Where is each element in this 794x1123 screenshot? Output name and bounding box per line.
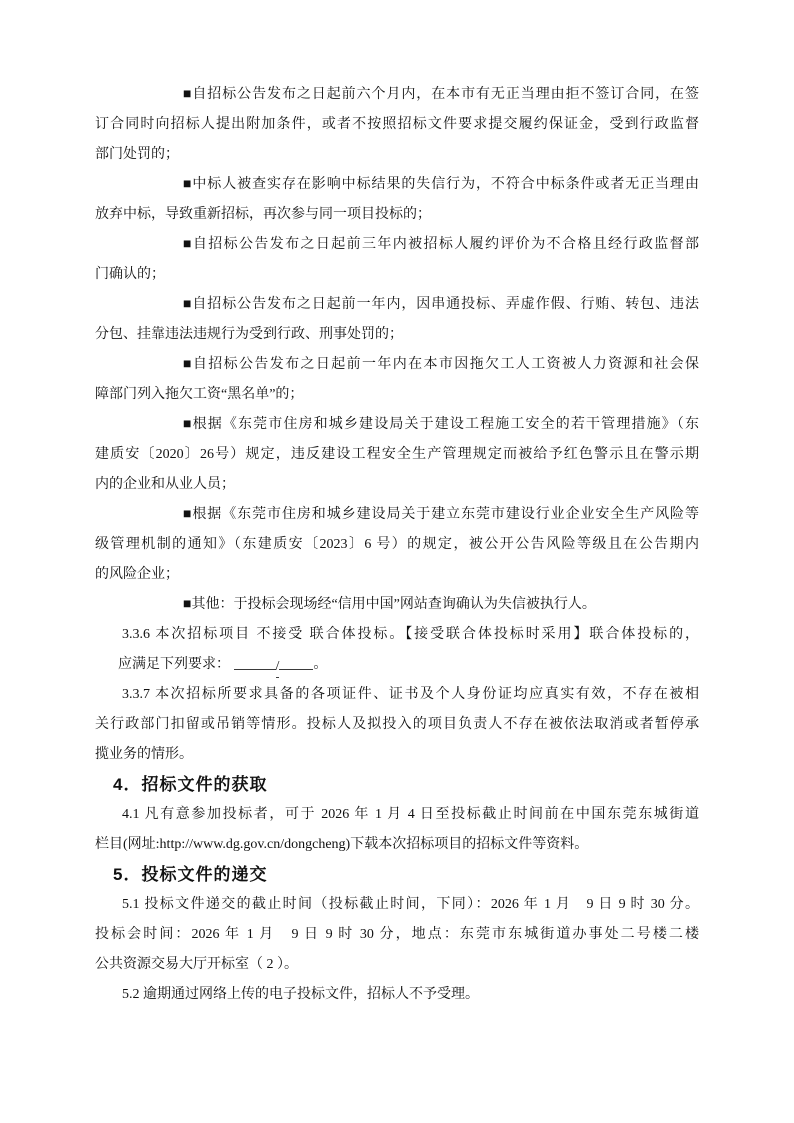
text-line: 级管理机制的通知》（东建质安〔2023〕6 号）的规定，被公开公告风险等级且在公… (95, 530, 699, 560)
text-line: 放弃中标，导致重新招标，再次参与同一项目投标的； (95, 200, 699, 230)
clause-3-3-6-blank-line: 应满足下列要求： /。 (95, 650, 699, 680)
text-line: 揽业务的情形。 (95, 740, 699, 770)
text-line: 门确认的； (95, 260, 699, 290)
text-line: 订合同时向招标人提出附加条件，或者不按照招标文件要求提交履约保证金，受到行政监督 (95, 110, 699, 140)
text-line: 关行政部门扣留或吊销等情形。投标人及拟投入的项目负责人不存在被依法取消或者暂停承 (95, 710, 699, 740)
text-line: 部门处罚的； (95, 140, 699, 170)
bullet-line-collusion-penalty: ■自招标公告发布之日起前一年内，因串通投标、弄虚作假、行贿、转包、违法 (95, 290, 699, 320)
text-line: 障部门列入拖欠工资“黑名单”的； (95, 380, 699, 410)
clause-3-3-6-line: 3.3.6 本次招标项目 不接受 联合体投标。【接受联合体投标时采用】联合体投标… (95, 620, 699, 650)
clause-5-2-line: 5.2 逾期通过网络上传的电子投标文件，招标人不予受理。 (95, 980, 699, 1010)
bullet-line-risk-grade: ■根据《东莞市住房和城乡建设局关于建立东莞市建设行业企业安全生产风险等 (95, 500, 699, 530)
document-page: ■自招标公告发布之日起前六个月内，在本市有无正当理由拒不签订合同，在签 订合同时… (0, 0, 794, 1123)
bullet-line-winner-bad-faith: ■中标人被查实存在影响中标结果的失信行为，不符合中标条件或者无正当理由 (95, 170, 699, 200)
fill-in-blank: / (234, 657, 314, 672)
clause-3-3-7-line: 3.3.7 本次招标所要求具备的各项证件、证书及个人身份证均应真实有效，不存在被… (95, 680, 699, 710)
document-content: ■自招标公告发布之日起前六个月内，在本市有无正当理由拒不签订合同，在签 订合同时… (95, 80, 699, 1010)
section-heading-5-bid-submission: 5．投标文件的递交 (95, 860, 699, 890)
bullet-line-wage-blacklist: ■自招标公告发布之日起前一年内在本市因拖欠工人工资被人力资源和社会保 (95, 350, 699, 380)
blank-line-prefix: 应满足下列要求： (118, 657, 234, 672)
text-line: 投标会时间：2026 年 1 月 9 日 9 时 30 分，地点：东莞市东城街道… (95, 920, 699, 950)
clause-4-1-line: 4.1 凡有意参加投标者，可于 2026 年 1 月 4 日至投标截止时间前在中… (95, 800, 699, 830)
text-line: 内的企业和从业人员； (95, 470, 699, 500)
blank-underline-left (234, 654, 276, 670)
text-line: 建质安〔2020〕26号）规定，违反建设工程安全生产管理规定而被给予红色警示且在… (95, 440, 699, 470)
text-line-download-url: 栏目(网址:http://www.dg.gov.cn/dongcheng)下载本… (95, 830, 699, 860)
blank-underline-right (279, 654, 313, 670)
text-line: 公共资源交易大厅开标室（ 2 ）。 (95, 950, 699, 980)
bullet-line-red-warning: ■根据《东莞市住房和城乡建设局关于建设工程施工安全的若干管理措施》（东 (95, 410, 699, 440)
bullet-line-contract-refusal: ■自招标公告发布之日起前六个月内，在本市有无正当理由拒不签订合同，在签 (95, 80, 699, 110)
text-line: 分包、挂靠违法违规行为受到行政、刑事处罚的； (95, 320, 699, 350)
bullet-line-performance-evaluation: ■自招标公告发布之日起前三年内被招标人履约评价为不合格且经行政监督部 (95, 230, 699, 260)
clause-5-1-line: 5.1 投标文件递交的截止时间（投标截止时间，下同）：2026 年 1 月 9 … (95, 890, 699, 920)
blank-line-suffix: 。 (313, 657, 327, 672)
bullet-line-credit-china: ■其他：于投标会现场经“信用中国”网站查询确认为失信被执行人。 (95, 590, 699, 620)
section-heading-4-document-acquisition: 4．招标文件的获取 (95, 770, 699, 800)
text-line: 的风险企业； (95, 560, 699, 590)
